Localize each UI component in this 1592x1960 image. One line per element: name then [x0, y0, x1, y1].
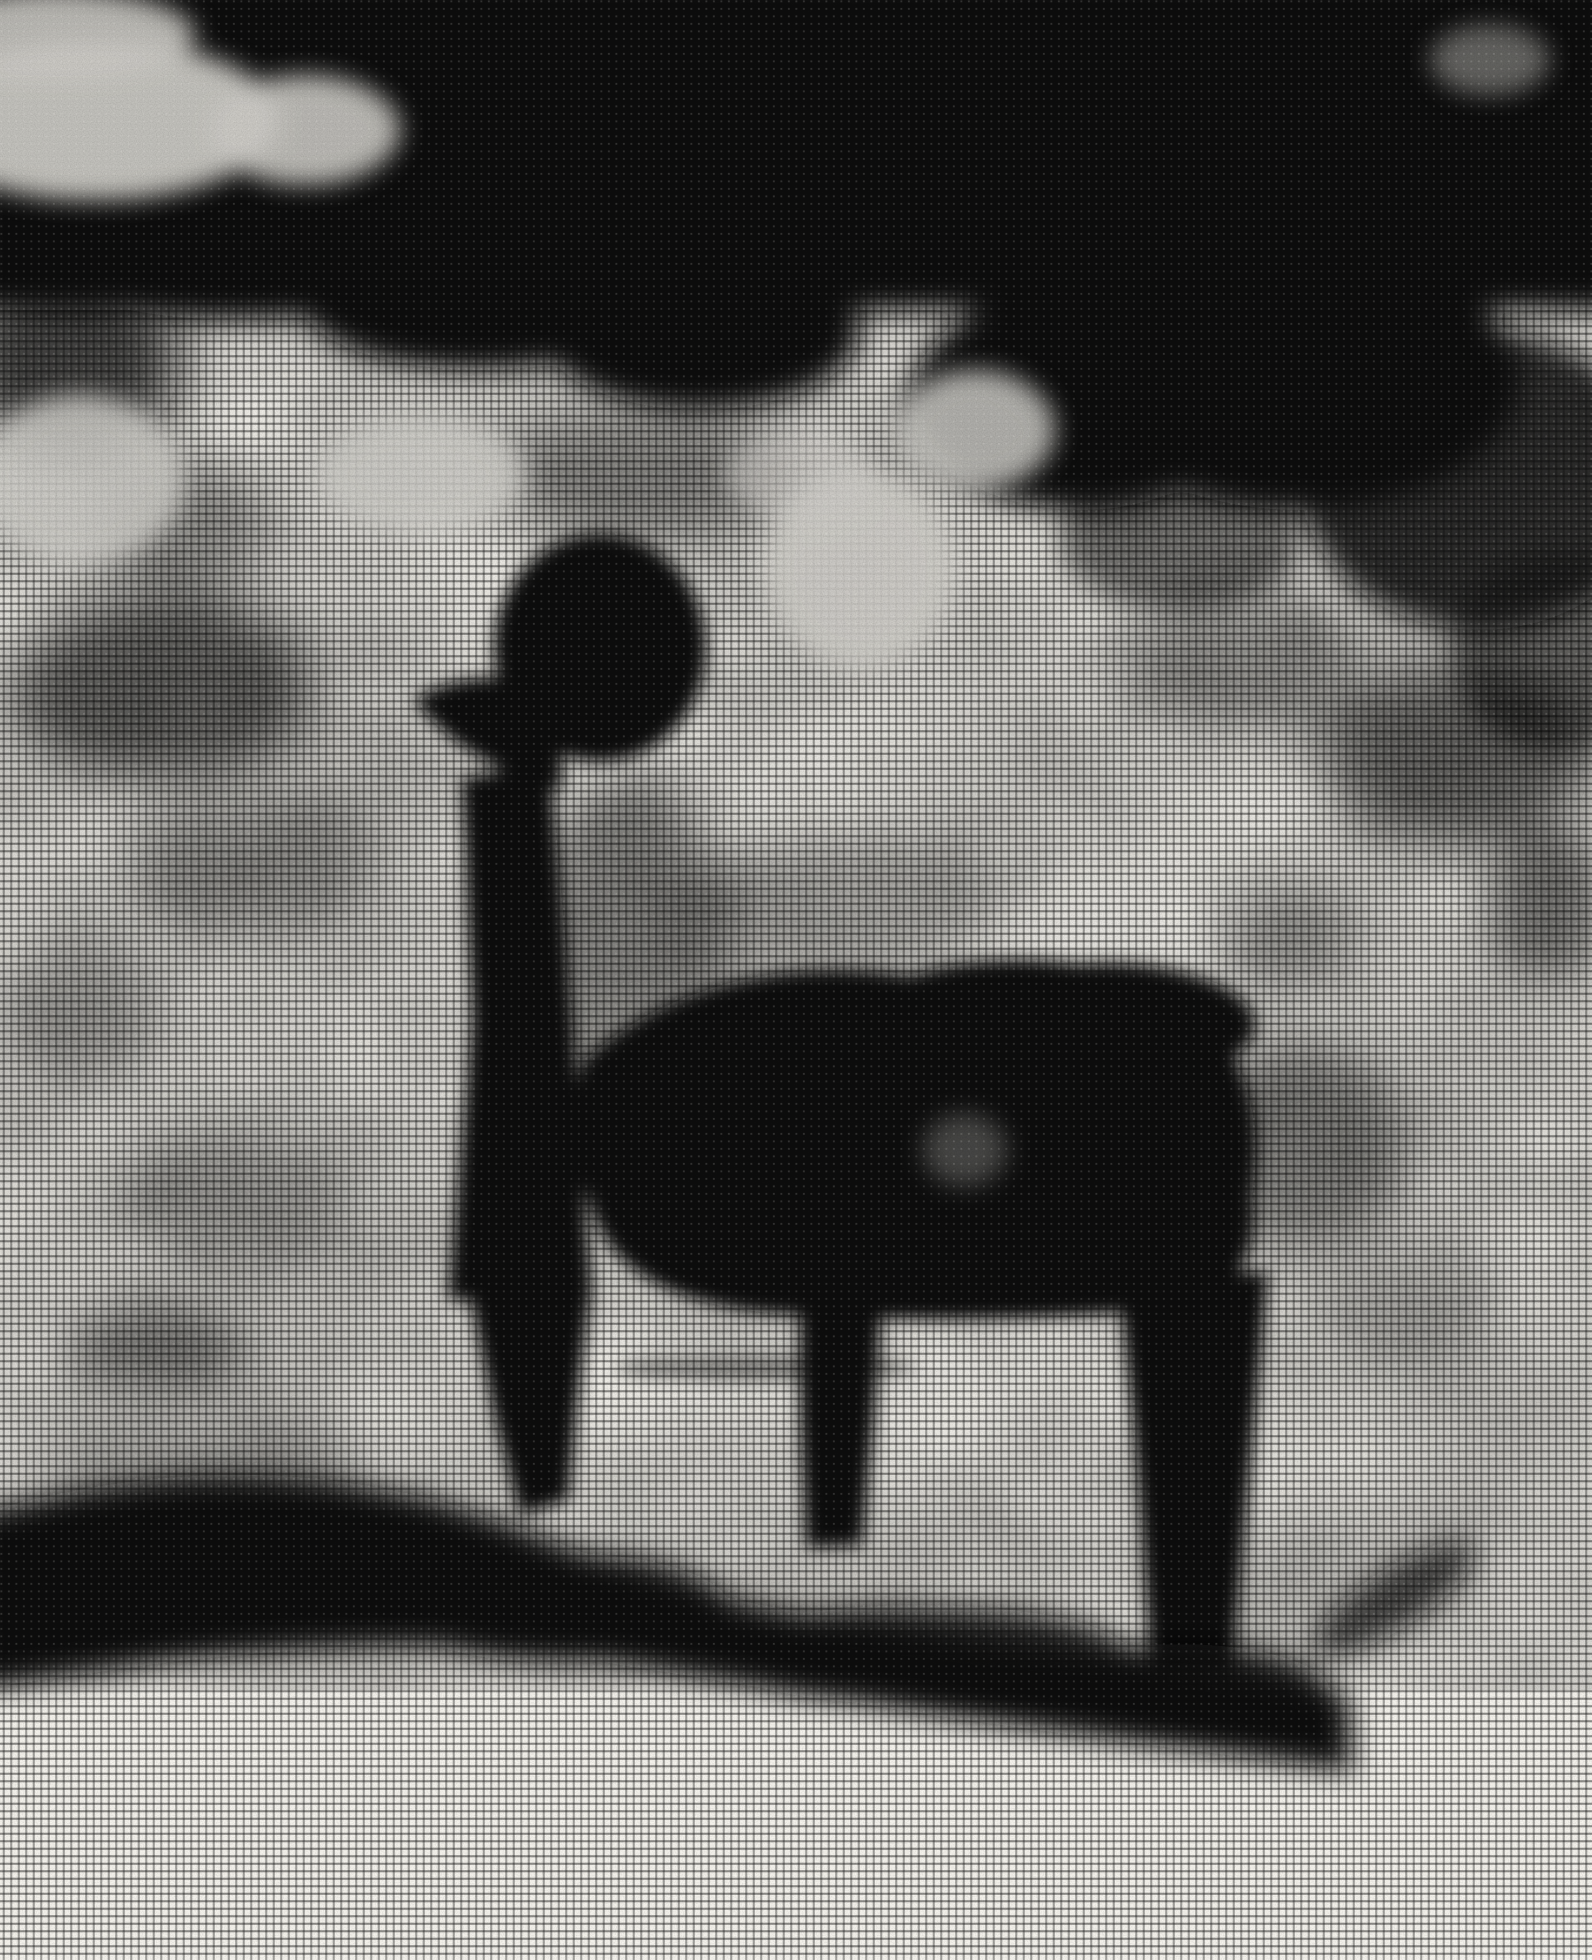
grain-overlay: [0, 0, 1592, 1960]
halftone-photo-canvas: [0, 0, 1592, 1960]
photo-figure: [0, 0, 1592, 1960]
